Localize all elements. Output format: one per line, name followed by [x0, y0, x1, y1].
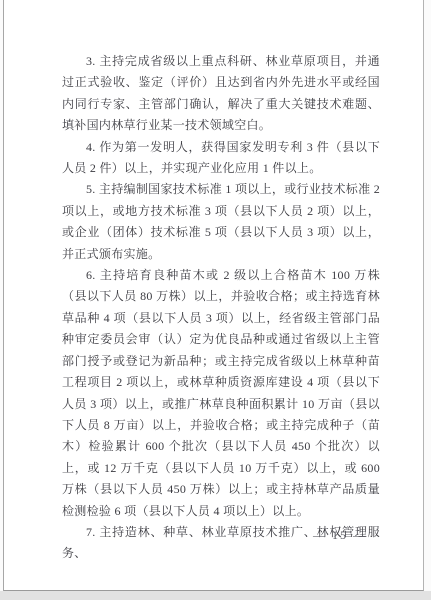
- clause-paragraph-3: 3. 主持完成省级以上重点科研、林业草原项目，并通过正式验收、鉴定（评价）且达到…: [62, 51, 380, 137]
- clause-paragraph-4: 4. 作为第一发明人，获得国家发明专利 3 件（县以下人员 2 件）以上，并实现…: [62, 137, 380, 180]
- page-number: — 15 —: [302, 528, 378, 543]
- clause-paragraph-6: 6. 主持培育良种苗木或 2 级以上合格苗木 100 万株（县以下人员 80 万…: [62, 265, 380, 522]
- document-body-text: 3. 主持完成省级以上重点科研、林业草原项目，并通过正式验收、鉴定（评价）且达到…: [62, 51, 380, 565]
- scanner-edge-strip: [0, 591, 431, 600]
- clause-paragraph-5: 5. 主持编制国家技术标准 1 项以上，或行业技术标准 2 项以上，或地方技术标…: [62, 179, 380, 265]
- scanned-page-root: 3. 主持完成省级以上重点科研、林业草原项目，并通过正式验收、鉴定（评价）且达到…: [0, 0, 431, 600]
